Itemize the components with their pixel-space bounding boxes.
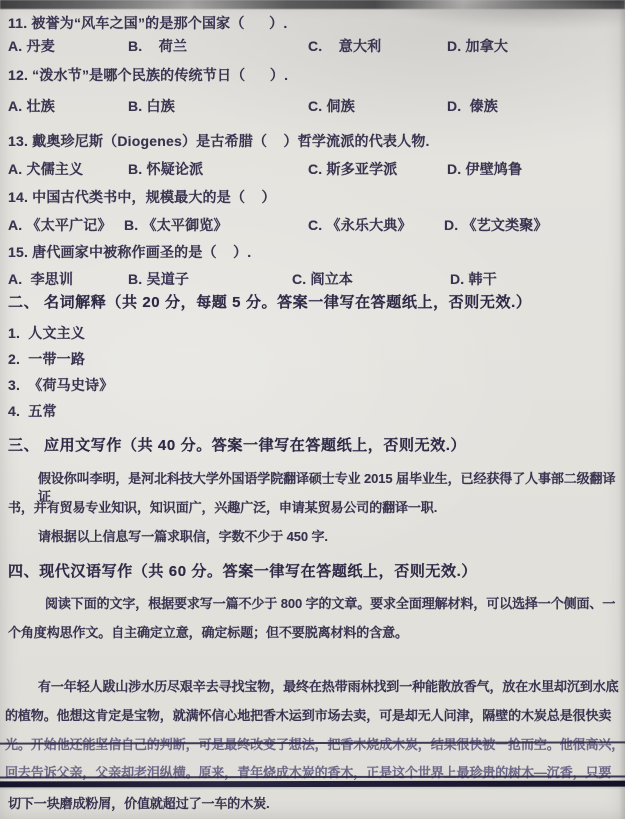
option-b: B. 白族 — [128, 97, 175, 115]
exam-scan-page: 11. 被誉为“风车之国”的是那个国家（ ）. A. 丹麦 B. 荷兰 C. 意… — [0, 0, 625, 819]
section-2-item-2: 2. 一带一路 — [8, 350, 85, 368]
option-b: B. 怀疑论派 — [128, 160, 203, 178]
story-line-5: 切下一块磨成粉屑，价值就超过了一车的木炭. — [8, 795, 270, 813]
section-4-title: 四、现代汉语写作（共 60 分。答案一律写在答题纸上，否则无效.） — [8, 563, 477, 581]
option-a: A. 丹麦 — [8, 37, 55, 55]
option-a: A. 壮族 — [8, 97, 55, 115]
question-15-stem: 15. 唐代画家中被称作画圣的是（ ）. — [8, 243, 251, 261]
option-c: C. 斯多亚学派 — [308, 160, 398, 178]
question-11-stem: 11. 被誉为“风车之国”的是那个国家（ ）. — [8, 14, 287, 32]
story-line-3: 光。开始他还能坚信自己的判断，可是最终改变了想法，把香木烧成木炭，结果很快被一抢… — [5, 736, 624, 754]
option-b: B. 《太平御览》 — [124, 216, 228, 234]
section-4-intro-line-1: 阅读下面的文字，根据要求写一篇不少于 800 字的文章。要求全面理解材料，可以选… — [45, 595, 615, 613]
story-line-2: 的植物。他想这肯定是宝物，就满怀信心地把香木运到市场去卖，可是却无人问津，隔壁的… — [5, 707, 611, 725]
scan-shadow-right-edge — [619, 0, 625, 819]
question-13-stem: 13. 戴奥珍尼斯（Diogenes）是古希腊（ ）哲学流派的代表人物. — [8, 132, 430, 150]
option-b: B. 吴道子 — [128, 270, 189, 288]
option-b: B. 荷兰 — [128, 37, 187, 55]
section-3-title: 三、 应用文写作（共 40 分。答案一律写在答题纸上，否则无效.） — [8, 437, 466, 455]
option-a: A. 犬儒主义 — [8, 160, 83, 178]
section-4-intro-line-2: 个角度构思作文。自主确定立意，确定标题；但不要脱离材料的含意。 — [8, 624, 408, 642]
question-12-stem: 12. “泼水节”是哪个民族的传统节日（ ）. — [8, 66, 288, 84]
option-d: D. 韩干 — [450, 270, 497, 288]
section-2-item-3: 3. 《荷马史诗》 — [8, 376, 113, 394]
section-2-title: 二、 名词解释（共 20 分，每题 5 分。答案一律写在答题纸上，否则无效.） — [8, 294, 531, 312]
scan-smudge-top-right — [385, 4, 625, 30]
section-2-item-1: 1. 人文主义 — [8, 324, 85, 342]
option-d: D. 伊壁鸠鲁 — [447, 160, 522, 178]
option-c: C. 《永乐大典》 — [308, 216, 412, 234]
question-12-options: A. 壮族 B. 白族 C. 侗族 D. 傣族 — [0, 97, 625, 115]
question-15-options: A. 李思训 B. 吴道子 C. 阎立本 D. 韩干 — [0, 270, 625, 288]
option-a: A. 李思训 — [8, 270, 73, 288]
question-13-options: A. 犬儒主义 B. 怀疑论派 C. 斯多亚学派 D. 伊壁鸠鲁 — [0, 160, 625, 178]
question-11-options: A. 丹麦 B. 荷兰 C. 意大利 D. 加拿大 — [0, 37, 625, 55]
option-d: D. 傣族 — [447, 97, 498, 115]
story-line-1: 有一年轻人跋山涉水历尽艰辛去寻找宝物，最终在热带雨林找到一种能散放香气，放在水里… — [38, 678, 619, 696]
option-a: A. 《太平广记》 — [8, 216, 112, 234]
option-d: D. 《艺文类聚》 — [444, 216, 548, 234]
option-d: D. 加拿大 — [447, 37, 508, 55]
question-14-options: A. 《太平广记》 B. 《太平御览》 C. 《永乐大典》 D. 《艺文类聚》 — [0, 216, 625, 234]
option-c: C. 阎立本 — [292, 270, 353, 288]
section-2-item-4: 4. 五常 — [8, 402, 57, 420]
section-3-line-2: 书，并有贸易专业知识，知识面广，兴趣广泛，申请某贸易公司的翻译一职. — [8, 499, 437, 517]
option-c: C. 意大利 — [308, 37, 381, 55]
question-14-stem: 14. 中国古代类书中，规模最大的是（ ） — [8, 188, 276, 206]
section-3-line-3: 请根据以上信息写一篇求职信，字数不少于 450 字. — [38, 528, 328, 546]
story-line-4: 回去告诉父亲，父亲却老泪纵横。原来，青年烧成木炭的香木，正是这个世界上最珍贵的树… — [5, 764, 611, 782]
option-c: C. 侗族 — [308, 97, 355, 115]
fold-band-artifact — [0, 781, 625, 788]
